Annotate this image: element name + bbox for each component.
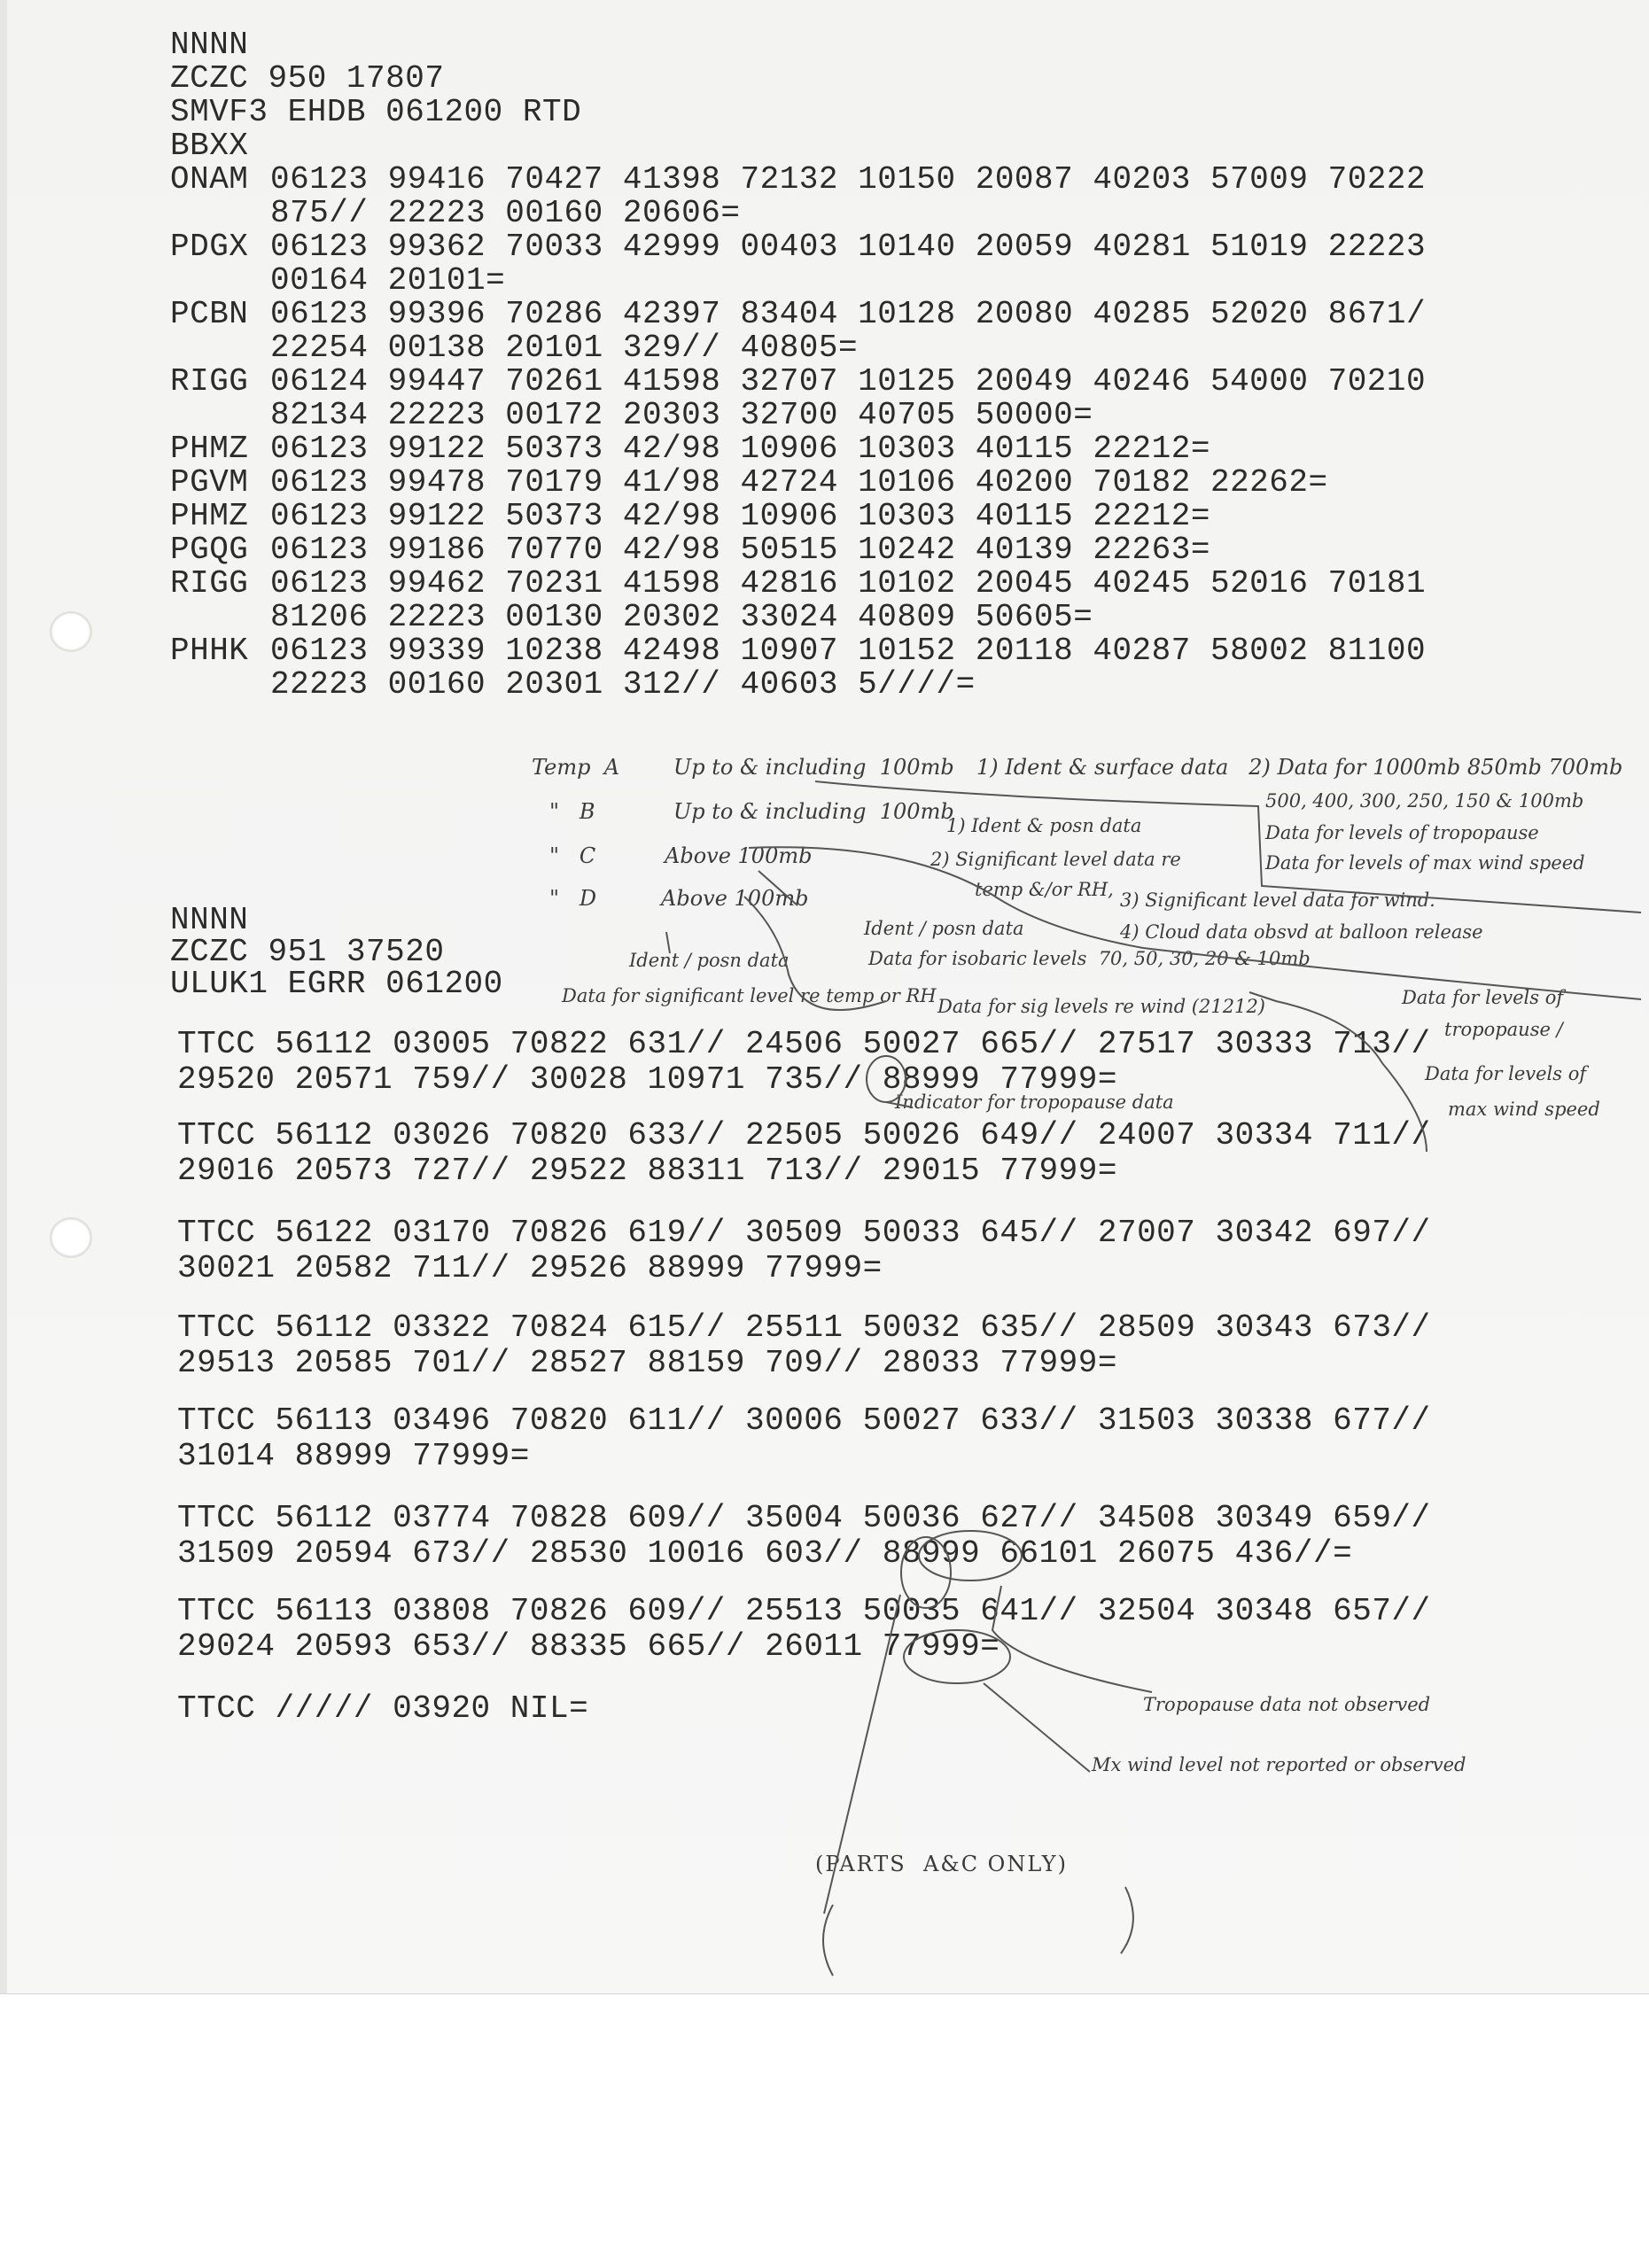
- annot-temp-d-2: Data for significant level re temp or RH: [562, 985, 937, 1006]
- annot-temp-c-2: Data for isobaric levels 70, 50, 30, 20 …: [868, 948, 1311, 969]
- annot-temp-c-mx-1: Data for levels of: [1425, 1063, 1586, 1084]
- ship-report-line: 06123 99416 70427 41398 72132 10150 2008…: [270, 163, 1426, 197]
- ttcc-report-line-cont: 30021 20582 711// 29526 88999 77999=: [177, 1252, 883, 1285]
- ttcc-report-line: TTCC 56113 03808 70826 609// 25513 50035…: [177, 1595, 1431, 1628]
- ship-report-line-cont: 00164 20101=: [270, 264, 505, 298]
- annot-tropopause-not-observed: Tropopause data not observed: [1143, 1694, 1430, 1715]
- ttcc-report-line-cont: 29513 20585 701// 28527 88159 709// 2803…: [177, 1347, 1117, 1380]
- annot-temp-d-1: Ident / posn data: [629, 950, 789, 971]
- ship-station-id: PGVM: [170, 466, 248, 500]
- ship-report-line: 06124 99447 70261 41598 32707 10125 2004…: [270, 365, 1426, 399]
- ttcc-report-line: TTCC 56113 03496 70820 611// 30006 50027…: [177, 1404, 1431, 1438]
- punch-hole-bottom: [51, 1219, 90, 1256]
- annot-temp-c-1: Ident / posn data: [864, 918, 1024, 939]
- ship-report-line-cont: 22254 00138 20101 329// 40805=: [270, 331, 858, 365]
- header-bulletin-1: SMVF3 EHDB 061200 RTD: [170, 96, 581, 129]
- paper-edge: [0, 0, 7, 1993]
- ship-report-line-cont: 81206 22223 00130 20302 33024 40809 5060…: [270, 601, 1093, 634]
- annot-temp-a-content: 1) Ident & surface data 2) Data for 1000…: [976, 755, 1622, 780]
- header-zczc-2: ZCZC 951 37520: [170, 936, 444, 969]
- ttcc-report-line-cont: 29016 20573 727// 29522 88311 713// 2901…: [177, 1154, 1117, 1188]
- ttcc-report-line: TTCC 56112 03026 70820 633// 22505 50026…: [177, 1119, 1431, 1153]
- annot-temp-a-levels: 500, 400, 300, 250, 150 & 100mb: [1265, 790, 1583, 812]
- ship-station-id: ONAM: [170, 163, 248, 197]
- annot-temp-c-range: Above 100mb: [665, 843, 812, 868]
- ship-station-id: PHHK: [170, 634, 248, 668]
- annot-temp-a-tropopause: Data for levels of tropopause: [1265, 822, 1539, 843]
- ttcc-report-line: TTCC 56112 03774 70828 609// 35004 50036…: [177, 1502, 1431, 1535]
- ship-report-line: 06123 99396 70286 42397 83404 10128 2008…: [270, 298, 1426, 331]
- ship-station-id: RIGG: [170, 365, 248, 399]
- annot-temp-b-2: 2) Significant level data re: [930, 849, 1181, 870]
- ttcc-report-line: TTCC 56112 03005 70822 631// 24506 50027…: [177, 1028, 1431, 1061]
- ship-report-line: 06123 99186 70770 42/98 50515 10242 4013…: [270, 533, 1210, 567]
- ttcc-report-line: TTCC 56122 03170 70826 619// 30509 50033…: [177, 1216, 1431, 1250]
- ship-station-id: PHMZ: [170, 500, 248, 533]
- ttcc-report-line-cont: 31014 88999 77999=: [177, 1440, 530, 1473]
- ship-report-line: 06123 99122 50373 42/98 10906 10303 4011…: [270, 432, 1210, 466]
- ship-report-line: 06123 99478 70179 41/98 42724 10106 4020…: [270, 466, 1328, 500]
- annot-temp-c-trop-1: Data for levels of: [1402, 987, 1563, 1008]
- annot-temp-a-maxwind: Data for levels of max wind speed: [1265, 852, 1585, 874]
- ship-station-id: PDGX: [170, 230, 248, 264]
- header-bbxx: BBXX: [170, 129, 248, 163]
- punch-hole-top: [51, 613, 90, 650]
- ship-report-line: 06123 99462 70231 41598 42816 10102 2004…: [270, 567, 1426, 601]
- annot-temp-c-label: " C: [549, 843, 595, 868]
- ttcc-report-line: TTCC 56112 03322 70824 615// 25511 50032…: [177, 1311, 1431, 1345]
- annot-temp-c-mx-2: max wind speed: [1448, 1099, 1600, 1120]
- annot-parts-a-c-only: (PARTS A&C ONLY): [815, 1852, 1068, 1876]
- annot-temp-b-label: " B: [549, 799, 595, 824]
- annot-indicator-tropopause: Indicator for tropopause data: [895, 1091, 1174, 1113]
- ttcc-report-line: TTCC ///// 03920 NIL=: [177, 1692, 588, 1726]
- annot-temp-c-trop-2: tropopause /: [1444, 1019, 1563, 1040]
- annot-temp-d-label: " D: [549, 886, 596, 911]
- ship-report-line-cont: 22223 00160 20301 312// 40603 5////=: [270, 668, 976, 702]
- annot-maxwind-not-reported: Mx wind level not reported or observed: [1092, 1754, 1466, 1775]
- annot-temp-b-1: 1) Ident & posn data: [946, 815, 1141, 836]
- ship-station-id: PHMZ: [170, 432, 248, 466]
- annot-temp-b-4: 4) Cloud data obsvd at balloon release: [1120, 921, 1483, 943]
- ship-station-id: PCBN: [170, 298, 248, 331]
- ttcc-report-line-cont: 31509 20594 673// 28530 10016 603// 8899…: [177, 1537, 1352, 1571]
- annot-temp-b-2b: temp &/or RH,: [975, 879, 1114, 900]
- ship-station-id: PGQG: [170, 533, 248, 567]
- annot-temp-a-range: Up to & including 100mb: [673, 755, 954, 780]
- annot-temp-d-range: Above 100mb: [661, 886, 808, 911]
- ship-report-line-cont: 875// 22223 00160 20606=: [270, 197, 740, 230]
- annot-temp-b-3: 3) Significant level data for wind.: [1120, 889, 1435, 911]
- ship-report-line: 06123 99122 50373 42/98 10906 10303 4011…: [270, 500, 1210, 533]
- ship-report-line: 06123 99339 10238 42498 10907 10152 2011…: [270, 634, 1426, 668]
- annot-temp-d-3: Data for sig levels re wind (21212): [937, 996, 1265, 1017]
- header-nnnn-2: NNNN: [170, 904, 248, 937]
- annot-temp-a-label: Temp A: [532, 755, 619, 780]
- ship-report-line-cont: 82134 22223 00172 20303 32700 40705 5000…: [270, 399, 1093, 432]
- annot-temp-b-range: Up to & including 100mb: [673, 799, 954, 824]
- header-bulletin-2: ULUK1 EGRR 061200: [170, 967, 503, 1001]
- header-zczc-1: ZCZC 950 17807: [170, 62, 444, 96]
- ship-report-line: 06123 99362 70033 42999 00403 10140 2005…: [270, 230, 1426, 264]
- ship-station-id: RIGG: [170, 567, 248, 601]
- ttcc-report-line-cont: 29024 20593 653// 88335 665// 26011 7799…: [177, 1630, 1000, 1664]
- header-nnnn-1: NNNN: [170, 28, 248, 62]
